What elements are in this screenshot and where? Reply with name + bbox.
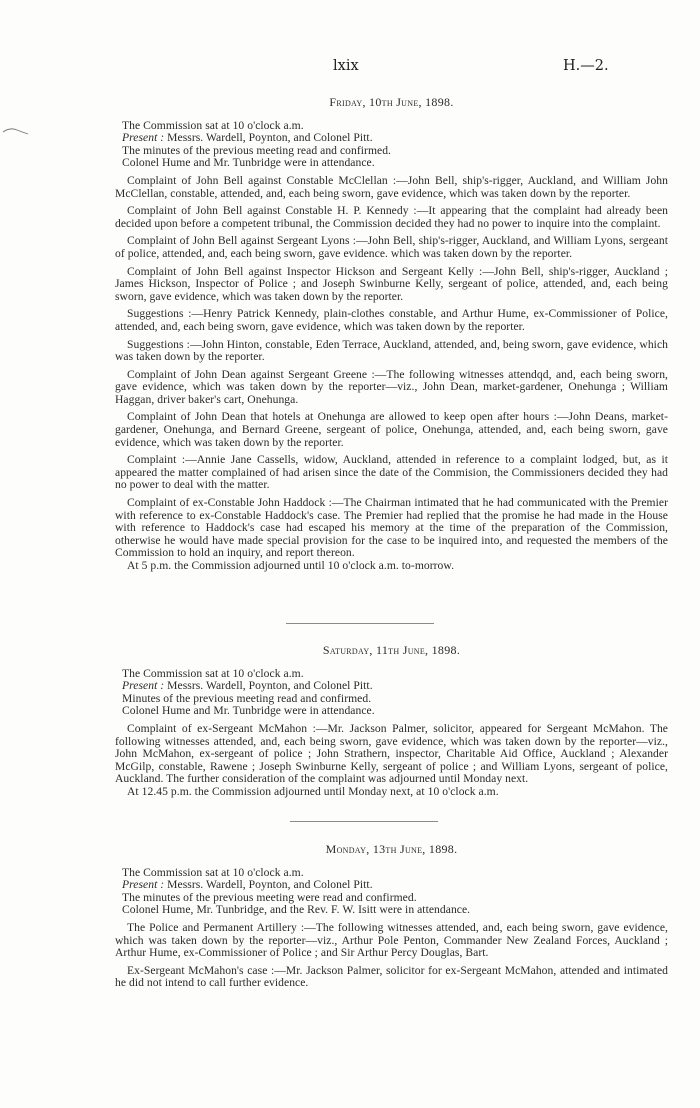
minute-paragraph: Suggestions :—John Hinton, constable, Ed… bbox=[115, 339, 668, 364]
section-monday: Monday, 13th June, 1898. The Commission … bbox=[115, 843, 668, 990]
page-number: lxix bbox=[333, 58, 359, 74]
present-label: Present : bbox=[122, 679, 164, 692]
opening-line: Colonel Hume, Mr. Tunbridge, and the Rev… bbox=[122, 904, 668, 917]
section-saturday: Saturday, 11th June, 1898. The Commissio… bbox=[115, 644, 668, 799]
minute-paragraph: Ex-Sergeant McMahon's case :—Mr. Jackson… bbox=[115, 965, 668, 990]
present-line: Present : Messrs. Wardell, Poynton, and … bbox=[122, 132, 668, 145]
margin-pen-mark-icon bbox=[2, 126, 30, 136]
section-divider bbox=[290, 821, 438, 822]
present-line: Present : Messrs. Wardell, Poynton, and … bbox=[122, 879, 668, 892]
present-members: Messrs. Wardell, Poynton, and Colonel Pi… bbox=[167, 878, 373, 891]
document-page: lxix H.—2. Friday, 10th June, 1898. The … bbox=[0, 0, 700, 1108]
minute-paragraph: Suggestions :—Henry Patrick Kennedy, pla… bbox=[115, 308, 668, 333]
day-heading: Saturday, 11th June, 1898. bbox=[115, 644, 668, 657]
minute-paragraph: Complaint of John Bell against Inspector… bbox=[115, 266, 668, 304]
minute-paragraph: Complaint of John Bell against Constable… bbox=[115, 175, 668, 200]
minute-paragraph: Complaint of John Dean that hotels at On… bbox=[115, 411, 668, 449]
minute-paragraph: Complaint of John Dean against Sergeant … bbox=[115, 369, 668, 407]
present-label: Present : bbox=[122, 878, 164, 891]
opening-line: Colonel Hume and Mr. Tunbridge were in a… bbox=[122, 705, 668, 718]
present-members: Messrs. Wardell, Poynton, and Colonel Pi… bbox=[167, 131, 373, 144]
present-members: Messrs. Wardell, Poynton, and Colonel Pi… bbox=[167, 679, 373, 692]
minute-paragraph: Complaint of ex-Constable John Haddock :… bbox=[115, 497, 668, 560]
minute-paragraph: The Police and Permanent Artillery :—The… bbox=[115, 922, 668, 960]
minute-paragraph: Complaint :—Annie Jane Cassells, widow, … bbox=[115, 454, 668, 492]
present-line: Present : Messrs. Wardell, Poynton, and … bbox=[122, 680, 668, 693]
minute-paragraph: Complaint of John Bell against Constable… bbox=[115, 205, 668, 230]
document-reference: H.—2. bbox=[563, 58, 609, 74]
section-friday: Friday, 10th June, 1898. The Commission … bbox=[115, 96, 668, 573]
minute-paragraph: Complaint of John Bell against Sergeant … bbox=[115, 235, 668, 260]
section-divider bbox=[286, 623, 434, 624]
day-heading: Monday, 13th June, 1898. bbox=[115, 843, 668, 856]
present-label: Present : bbox=[122, 131, 164, 144]
adjournment-line: At 5 p.m. the Commission adjourned until… bbox=[115, 560, 668, 573]
adjournment-line: At 12.45 p.m. the Commission adjourned u… bbox=[115, 786, 668, 799]
opening-line: Colonel Hume and Mr. Tunbridge were in a… bbox=[122, 157, 668, 170]
minute-paragraph: Complaint of ex-Sergeant McMahon :—Mr. J… bbox=[115, 723, 668, 786]
day-heading: Friday, 10th June, 1898. bbox=[115, 96, 668, 109]
